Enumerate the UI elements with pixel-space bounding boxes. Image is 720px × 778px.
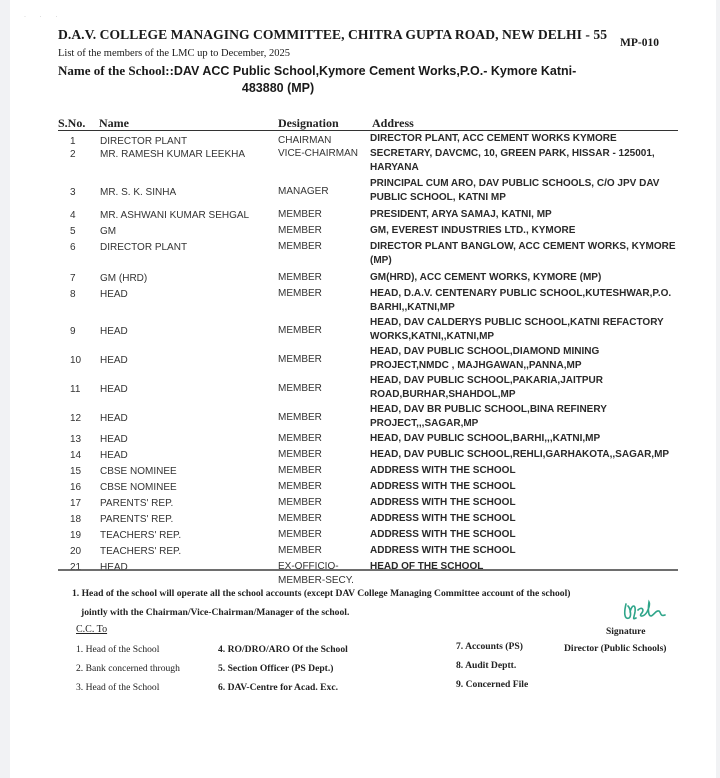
cell-name: CBSE NOMINEE [100,481,177,495]
cc-item: 9. Concerned File [456,675,528,694]
members-table: 1DIRECTOR PLANTCHAIRMANDIRECTOR PLANT, A… [58,131,678,591]
table-row: 14HEADMEMBERHEAD, DAV PUBLIC SCHOOL,REHL… [58,447,678,463]
cell-name: HEAD [100,325,128,339]
header-designation: Designation [278,116,339,131]
table-row: 9HEADMEMBERHEAD, DAV CALDERYS PUBLIC SCH… [58,315,678,344]
cell-name: HEAD [100,412,128,426]
cell-sno: 20 [70,545,81,559]
table-row: 20TEACHERS' REP.MEMBERADDRESS WITH THE S… [58,543,678,559]
header-name: Name [99,116,129,131]
cell-address: DIRECTOR PLANT BANGLOW, ACC CEMENT WORKS… [370,240,680,268]
cell-name: DIRECTOR PLANT [100,241,187,255]
table-row: 8HEADMEMBERHEAD, D.A.V. CENTENARY PUBLIC… [58,286,678,315]
cell-sno: 11 [70,383,80,397]
cell-sno: 8 [70,288,76,302]
cell-name: PARENTS' REP. [100,497,173,511]
cell-address: HEAD, DAV PUBLIC SCHOOL,REHLI,GARHAKOTA,… [370,448,680,462]
cell-sno: 9 [70,325,76,339]
cell-address: HEAD, DAV PUBLIC SCHOOL,PAKARIA,JAITPUR … [370,374,680,402]
table-row: 19TEACHERS' REP.MEMBERADDRESS WITH THE S… [58,527,678,543]
cell-address: ADDRESS WITH THE SCHOOL [370,480,680,494]
cell-name: TEACHERS' REP. [100,529,181,543]
cell-address: HEAD, DAV BR PUBLIC SCHOOL,BINA REFINERY… [370,403,680,431]
cell-name: HEAD [100,383,128,397]
cell-designation: MANAGER [278,185,329,199]
cell-designation: MEMBER [278,324,322,338]
cell-designation: MEMBER [278,544,322,558]
cell-name: HEAD [100,288,128,302]
cc-list-col1: 1. Head of the School 2. Bank concerned … [76,640,180,697]
cell-sno: 16 [70,481,81,495]
cc-item: 5. Section Officer (PS Dept.) [218,659,348,678]
cell-sno: 13 [70,433,81,447]
cell-sno: 17 [70,497,81,511]
cell-name: CBSE NOMINEE [100,465,177,479]
cell-name: MR. RAMESH KUMAR LEEKHA [100,148,245,162]
signature-label: Signature [606,627,645,637]
table-row: 13HEADMEMBERHEAD, DAV PUBLIC SCHOOL,BARH… [58,431,678,447]
table-row: 3MR. S. K. SINHAMANAGERPRINCIPAL CUM ARO… [58,176,678,207]
header-address: Address [372,116,414,131]
cell-name: HEAD [100,433,128,447]
table-row: 7GM (HRD)MEMBERGM(HRD), ACC CEMENT WORKS… [58,270,678,286]
school-name: DAV ACC Public School,Kymore Cement Work… [174,63,474,97]
cell-sno: 7 [70,272,76,286]
cc-item: 3. Head of the School [76,678,180,697]
table-row: 1DIRECTOR PLANTCHAIRMANDIRECTOR PLANT, A… [58,131,678,146]
table-row: 18PARENTS' REP.MEMBERADDRESS WITH THE SC… [58,511,678,527]
cc-title: C.C. To [76,624,107,635]
cc-item: 2. Bank concerned through [76,659,180,678]
table-row: 2MR. RAMESH KUMAR LEEKHAVICE-CHAIRMANSEC… [58,146,678,176]
cell-designation: MEMBER [278,224,322,238]
cell-designation: VICE-CHAIRMAN [278,147,358,161]
cell-address: HEAD, DAV PUBLIC SCHOOL,DIAMOND MINING P… [370,345,680,373]
cell-designation: MEMBER [278,271,322,285]
cell-name: HEAD [100,449,128,463]
school-name-block: Name of the School::DAV ACC Public Schoo… [58,63,658,97]
cc-item: 7. Accounts (PS) [456,637,528,656]
school-label: Name of the School:: [58,63,174,79]
table-row: 17PARENTS' REP.MEMBERADDRESS WITH THE SC… [58,495,678,511]
accounts-note: 1. Head of the school will operate all t… [72,584,672,622]
table-bottom-rule [58,569,678,571]
table-row: 6DIRECTOR PLANTMEMBERDIRECTOR PLANT BANG… [58,239,678,270]
cell-designation: MEMBER [278,208,322,222]
cell-sno: 10 [70,354,81,368]
cell-designation: MEMBER [278,382,322,396]
cell-sno: 5 [70,225,76,239]
cell-name: HEAD [100,354,128,368]
cell-address: ADDRESS WITH THE SCHOOL [370,528,680,542]
signature-scribble [620,598,670,624]
cell-sno: 18 [70,513,81,527]
cell-name: TEACHERS' REP. [100,545,181,559]
cell-address: ADDRESS WITH THE SCHOOL [370,464,680,478]
signatory-title: Director (Public Schools) [564,643,667,654]
cell-sno: 14 [70,449,81,463]
cell-sno: 19 [70,529,81,543]
cell-address: HEAD OF THE SCHOOL [370,560,680,574]
table-row: 15CBSE NOMINEEMEMBERADDRESS WITH THE SCH… [58,463,678,479]
cell-designation: MEMBER [278,480,322,494]
table-row: 11HEADMEMBERHEAD, DAV PUBLIC SCHOOL,PAKA… [58,373,678,402]
cc-item: 4. RO/DRO/ARO Of the School [218,640,348,659]
cell-designation: MEMBER [278,496,322,510]
cell-address: GM(HRD), ACC CEMENT WORKS, KYMORE (MP) [370,271,680,285]
cell-address: HEAD, D.A.V. CENTENARY PUBLIC SCHOOL,KUT… [370,287,680,315]
cc-item: 8. Audit Deptt. [456,656,528,675]
table-row: 10HEADMEMBERHEAD, DAV PUBLIC SCHOOL,DIAM… [58,344,678,373]
document-subtitle: List of the members of the LMC up to Dec… [58,48,290,59]
cell-address: ADDRESS WITH THE SCHOOL [370,512,680,526]
table-row: 4MR. ASHWANI KUMAR SEHGALMEMBERPRESIDENT… [58,207,678,223]
cc-item: 6. DAV-Centre for Acad. Exc. [218,678,348,697]
cell-address: HEAD, DAV PUBLIC SCHOOL,BARHI,,,KATNI,MP [370,432,680,446]
cell-address: HEAD, DAV CALDERYS PUBLIC SCHOOL,KATNI R… [370,316,680,344]
cell-designation: MEMBER [278,432,322,446]
cell-name: GM (HRD) [100,272,147,286]
cell-designation: MEMBER [278,448,322,462]
cc-list-col3: 7. Accounts (PS) 8. Audit Deptt. 9. Conc… [456,637,528,694]
table-row: 16CBSE NOMINEEMEMBERADDRESS WITH THE SCH… [58,479,678,495]
document-code: MP-010 [620,37,659,49]
cell-designation: MEMBER [278,512,322,526]
cell-address: DIRECTOR PLANT, ACC CEMENT WORKS KYMORE [370,132,680,146]
table-row: 12HEADMEMBERHEAD, DAV BR PUBLIC SCHOOL,B… [58,402,678,431]
cell-sno: 2 [70,148,76,162]
cell-address: GM, EVEREST INDUSTRIES LTD., KYMORE [370,224,680,238]
cell-address: ADDRESS WITH THE SCHOOL [370,496,680,510]
cell-address: SECRETARY, DAVCMC, 10, GREEN PARK, HISSA… [370,147,680,175]
cell-designation: MEMBER [278,287,322,301]
table-row: 5GMMEMBERGM, EVEREST INDUSTRIES LTD., KY… [58,223,678,239]
cell-designation: MEMBER [278,464,322,478]
cell-sno: 6 [70,241,76,255]
cell-designation: MEMBER [278,353,322,367]
header-sno: S.No. [58,116,85,131]
cell-address: PRESIDENT, ARYA SAMAJ, KATNI, MP [370,208,680,222]
cell-address: PRINCIPAL CUM ARO, DAV PUBLIC SCHOOLS, C… [370,177,680,205]
cc-item: 1. Head of the School [76,640,180,659]
cell-sno: 12 [70,412,81,426]
cell-designation: MEMBER [278,411,322,425]
cc-list-col2: 4. RO/DRO/ARO Of the School 5. Section O… [218,640,348,697]
cell-address: ADDRESS WITH THE SCHOOL [370,544,680,558]
document-title: D.A.V. COLLEGE MANAGING COMMITTEE, CHITR… [58,27,607,43]
cell-sno: 15 [70,465,81,479]
cell-designation: MEMBER [278,240,322,254]
cell-designation: MEMBER [278,528,322,542]
cell-sno: 4 [70,209,76,223]
cell-name: MR. ASHWANI KUMAR SEHGAL [100,209,249,223]
table-header: S.No. Name Designation Address [58,116,678,130]
cell-name: HEAD [100,561,128,575]
cell-name: PARENTS' REP. [100,513,173,527]
cell-name: GM [100,225,116,239]
scan-specks: · · · [24,14,63,20]
cell-name: MR. S. K. SINHA [100,186,176,200]
cell-sno: 3 [70,186,76,200]
cell-sno: 21 [70,561,81,575]
